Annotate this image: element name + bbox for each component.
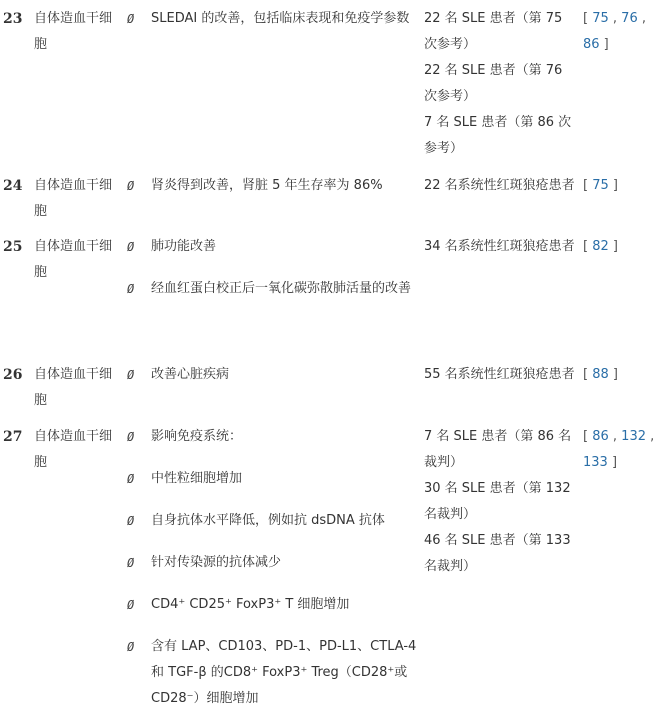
- patients-cell: 34 名系统性红斑狼疮患者: [424, 234, 576, 260]
- patients-cell: 22 名系统性红斑狼疮患者: [424, 173, 576, 199]
- cell-type: 自体造血干细胞: [34, 6, 114, 58]
- row-number: 27: [3, 424, 27, 450]
- ref-link[interactable]: 133: [583, 455, 608, 470]
- bullet-icon: Ø: [127, 362, 141, 388]
- bullet-icon: Ø: [127, 6, 141, 32]
- refs-cell: [ 82 ]: [583, 234, 657, 260]
- row-number: 23: [3, 6, 27, 32]
- row-number: 24: [3, 173, 27, 199]
- bullet-icon: Ø: [127, 550, 141, 576]
- patients-cell: 55 名系统性红斑狼疮患者: [424, 362, 576, 388]
- patients-cell: 7 名 SLE 患者（第 86 名裁判） 30 名 SLE 患者（第 132 名…: [424, 424, 576, 580]
- ref-link[interactable]: 75: [592, 11, 609, 26]
- refs-cell: [ 88 ]: [583, 362, 657, 388]
- ref-link[interactable]: 82: [592, 239, 609, 254]
- ref-link[interactable]: 76: [621, 11, 638, 26]
- refs-cell: [ 86 , 132 , 133 ]: [583, 424, 657, 476]
- bullet-icon: Ø: [127, 508, 141, 534]
- ref-link[interactable]: 75: [592, 178, 609, 193]
- bullet-icon: Ø: [127, 173, 141, 199]
- patients-cell: 22 名 SLE 患者（第 75 次参考） 22 名 SLE 患者（第 76 次…: [424, 6, 576, 162]
- ref-link[interactable]: 88: [592, 367, 609, 382]
- ref-link[interactable]: 132: [621, 429, 646, 444]
- bullet-icon: Ø: [127, 592, 141, 618]
- refs-cell: [ 75 ]: [583, 173, 657, 199]
- cell-type: 自体造血干细胞: [34, 173, 114, 225]
- refs-cell: [ 75 , 76 , 86 ]: [583, 6, 657, 58]
- ref-link[interactable]: 86: [583, 37, 600, 52]
- cell-type: 自体造血干细胞: [34, 362, 114, 414]
- bullet-icon: Ø: [127, 424, 141, 450]
- row-number: 26: [3, 362, 27, 388]
- cell-type: 自体造血干细胞: [34, 424, 114, 476]
- bullet-icon: Ø: [127, 234, 141, 260]
- bullet-icon: Ø: [127, 466, 141, 492]
- row-number: 25: [3, 234, 27, 260]
- bullet-icon: Ø: [127, 276, 141, 302]
- bullet-icon: Ø: [127, 634, 141, 660]
- cell-type: 自体造血干细胞: [34, 234, 114, 286]
- ref-link[interactable]: 86: [592, 429, 609, 444]
